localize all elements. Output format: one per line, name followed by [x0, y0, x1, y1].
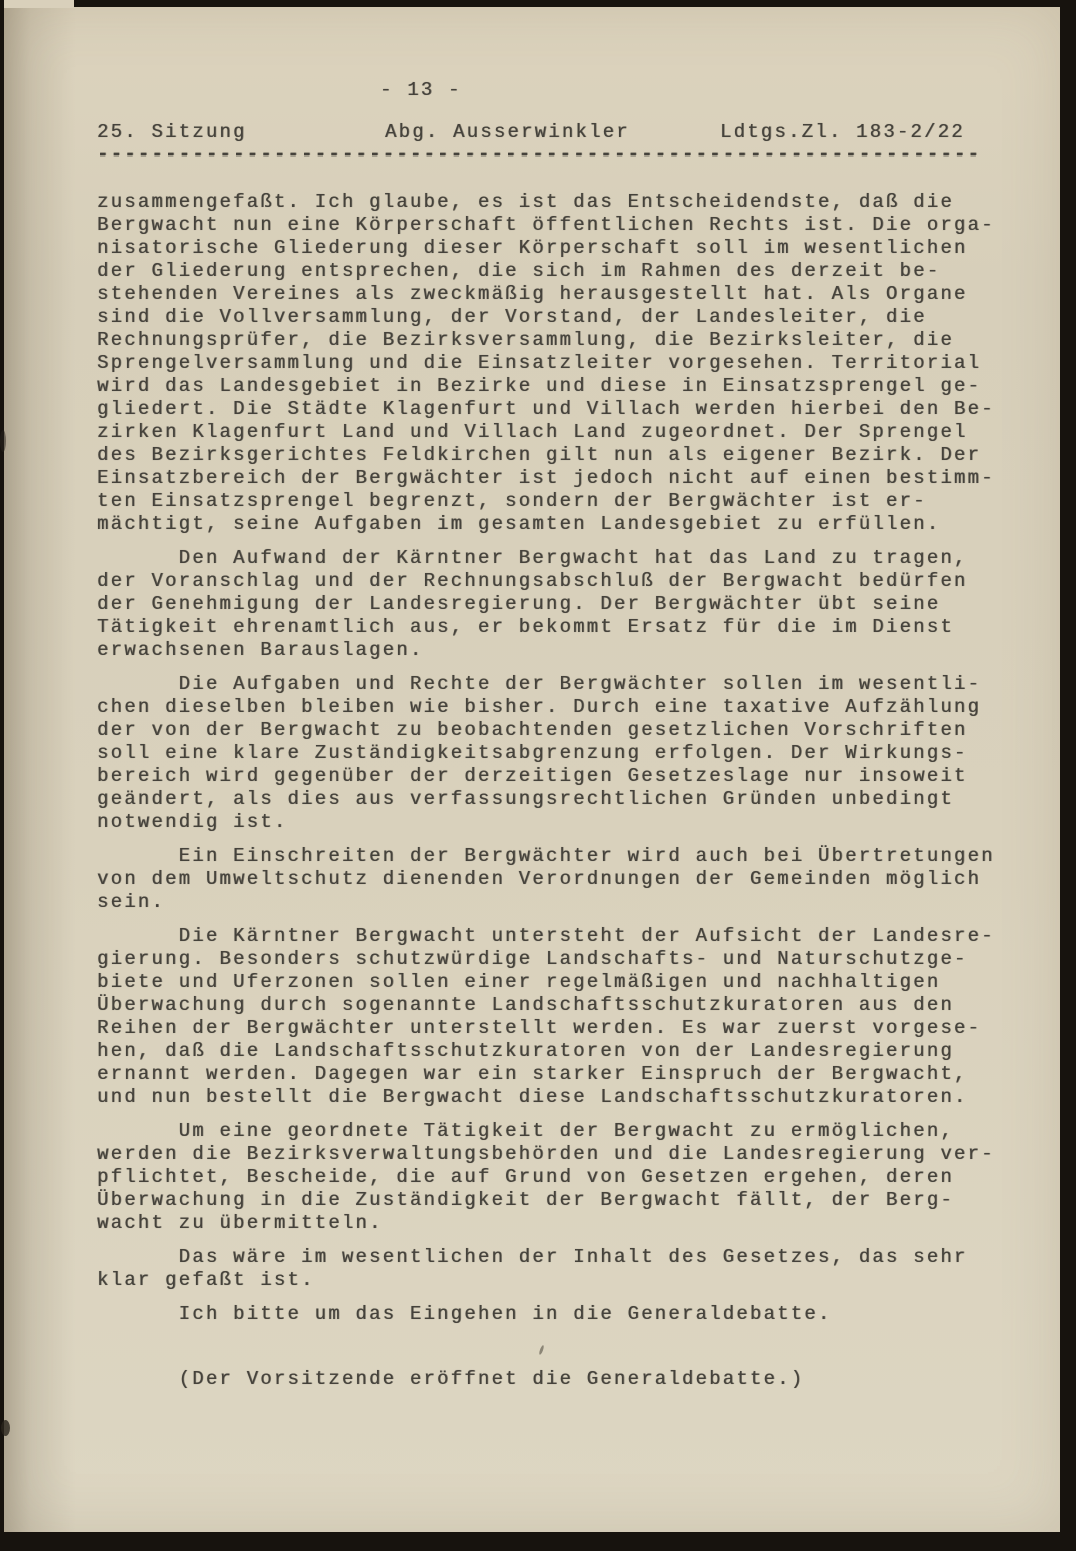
paragraph: Den Aufwand der Kärntner Bergwacht hat d…	[97, 547, 1027, 662]
header-speaker-label: Abg. Ausserwinkler	[385, 121, 630, 144]
stage-direction: (Der Vorsitzende eröffnet die Generaldeb…	[97, 1368, 1027, 1391]
page-header: 25. Sitzung Abg. Ausserwinkler Ldtgs.Zl.…	[97, 121, 1017, 144]
scan-noise-speck	[1, 1420, 10, 1436]
scan-noise-speck	[0, 430, 6, 452]
paragraph: Um eine geordnete Tätigkeit der Bergwach…	[97, 1120, 1027, 1235]
paragraph: Die Aufgaben und Rechte der Bergwächter …	[97, 673, 1027, 834]
separator-line: ----------------------------------------…	[97, 143, 981, 166]
page-number: - 13 -	[380, 79, 462, 102]
paragraph: Ich bitte um das Eingehen in die General…	[97, 1303, 1027, 1326]
paragraph: Die Kärntner Bergwacht untersteht der Au…	[97, 925, 1027, 1109]
document-page: - 13 - 25. Sitzung Abg. Ausserwinkler Ld…	[4, 7, 1060, 1532]
paper-corner-patch	[4, 0, 74, 8]
header-reference-label: Ldtgs.Zl. 183-2/22	[720, 121, 965, 144]
paragraph: zusammengefaßt. Ich glaube, es ist das E…	[97, 191, 1027, 536]
header-session-label: 25. Sitzung	[97, 121, 247, 144]
speech-body: zusammengefaßt. Ich glaube, es ist das E…	[97, 191, 1027, 1402]
scanned-document: - 13 - 25. Sitzung Abg. Ausserwinkler Ld…	[0, 0, 1076, 1551]
paragraph: Das wäre im wesentlichen der Inhalt des …	[97, 1246, 1027, 1292]
paragraph: Ein Einschreiten der Bergwächter wird au…	[97, 845, 1027, 914]
